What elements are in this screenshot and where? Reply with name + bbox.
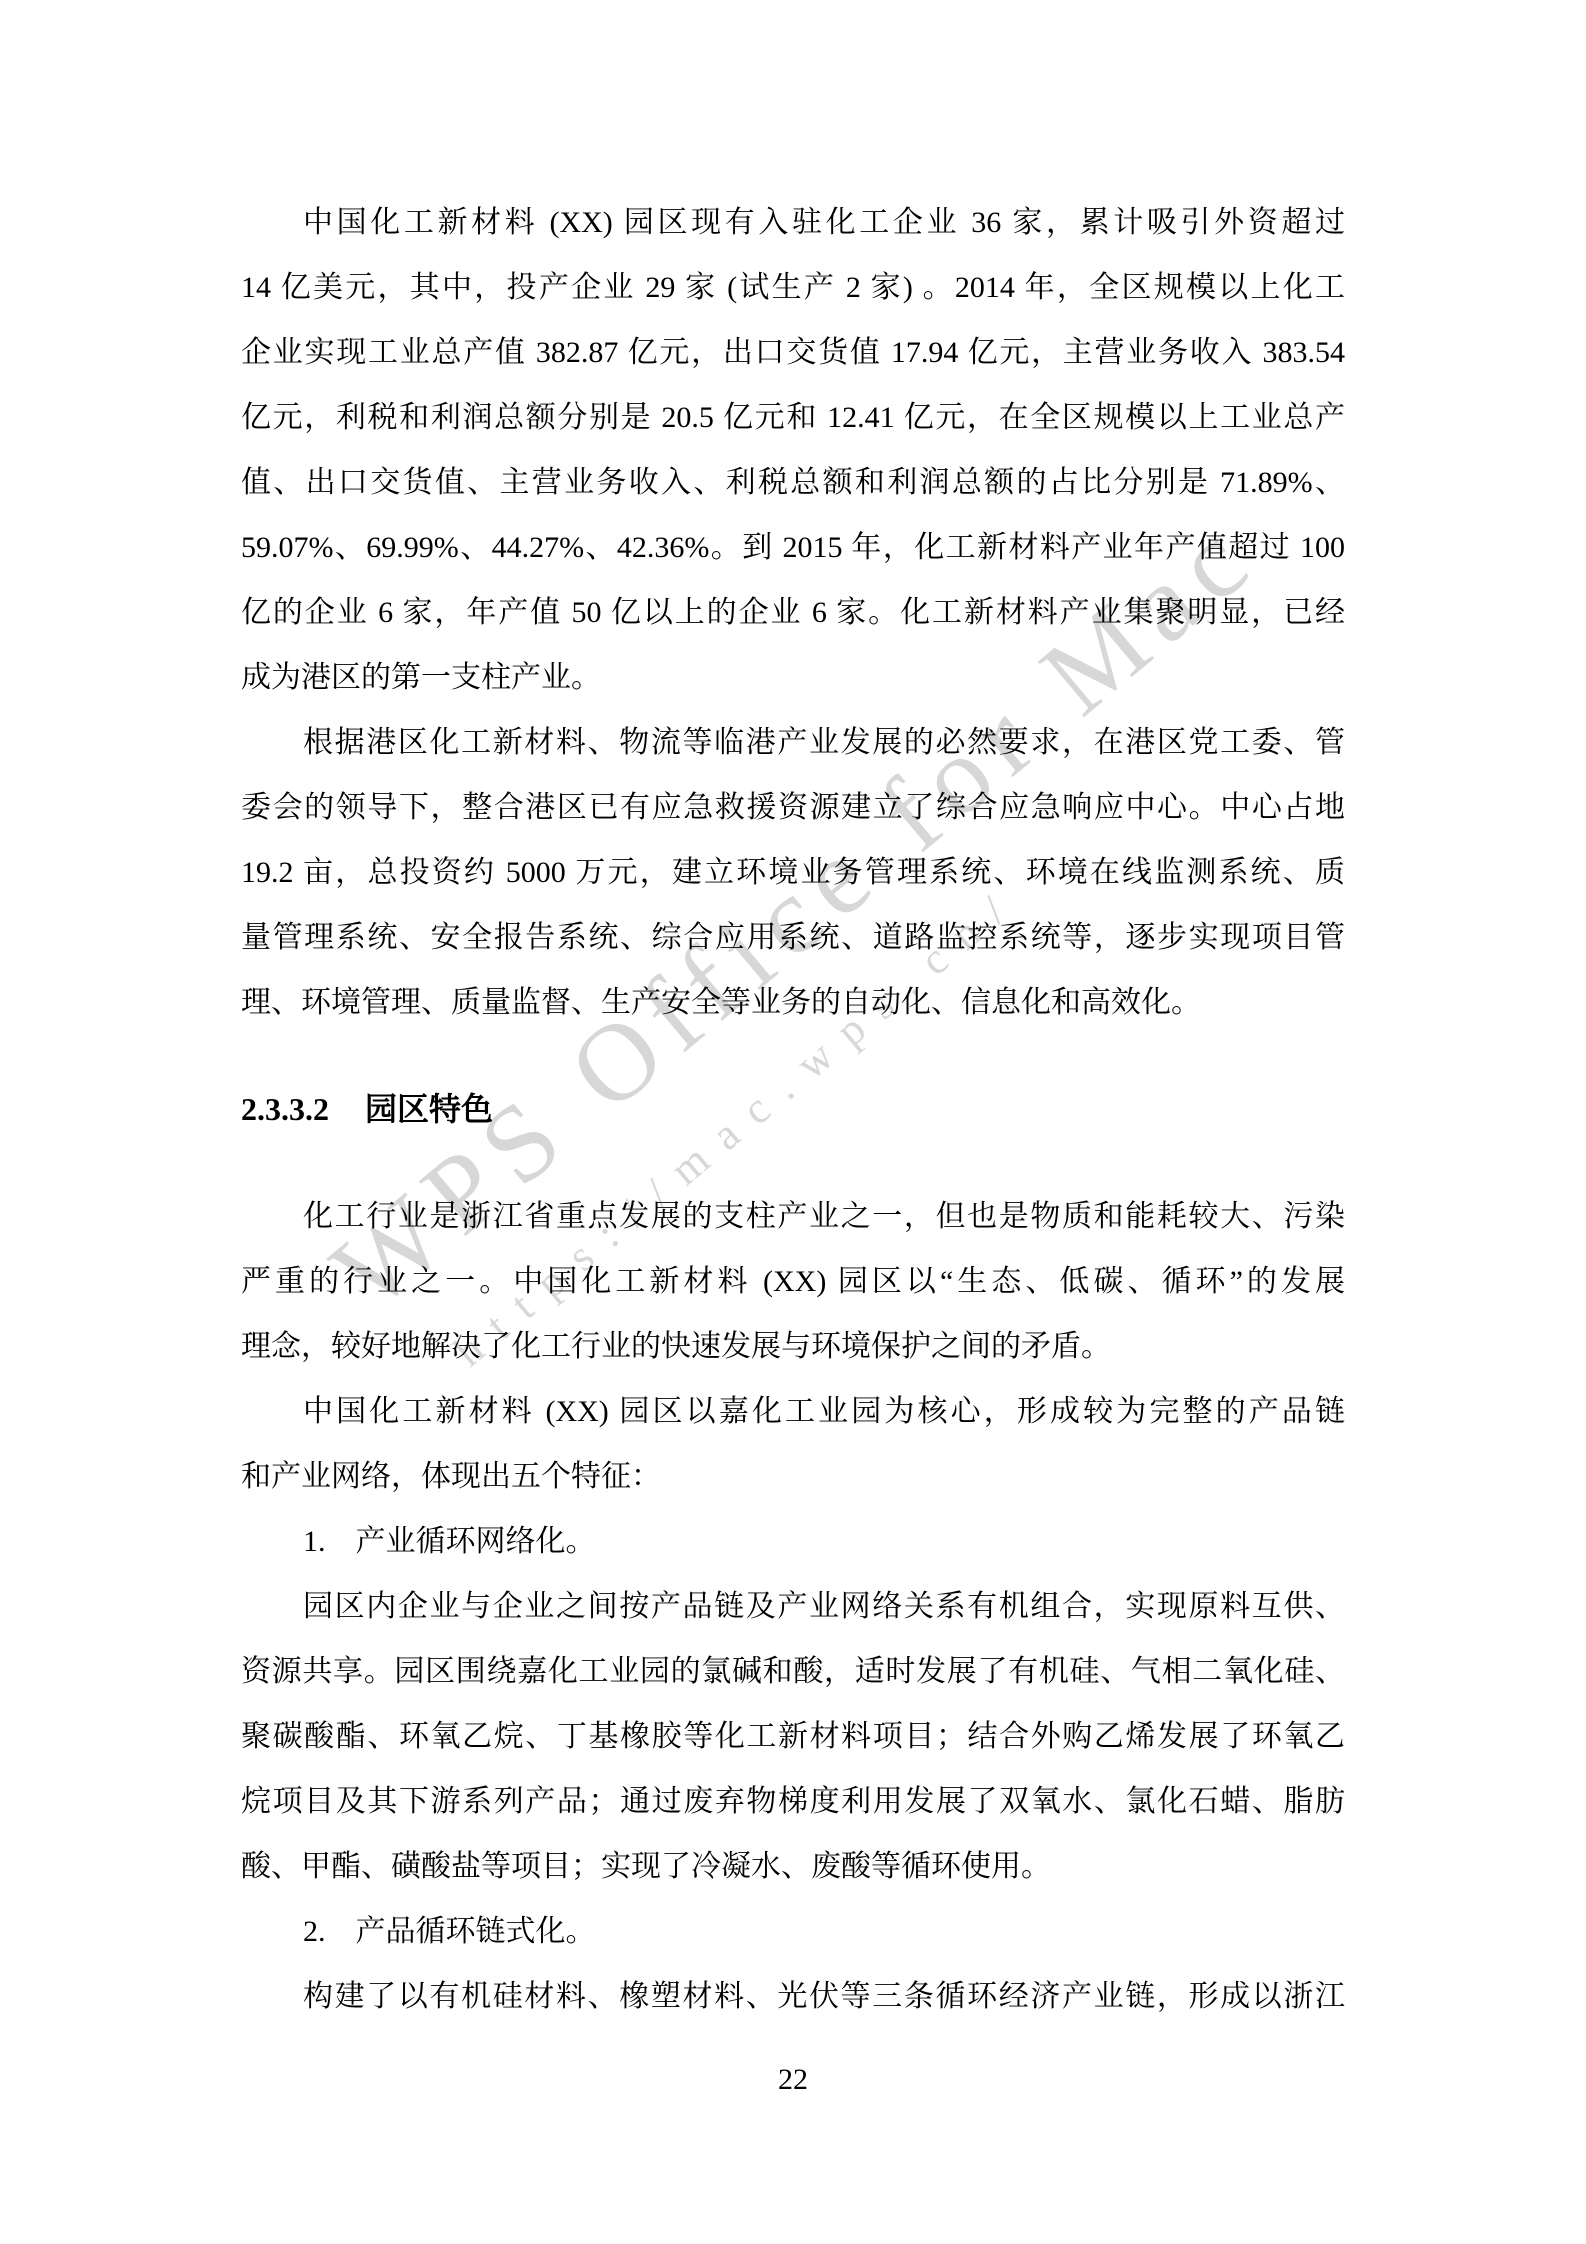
text-line: 资源共享。园区围绕嘉化工业园的氯碱和酸，适时发展了有机硅、气相二氧化硅、 xyxy=(241,1639,1345,1704)
text-line: 根据港区化工新材料、物流等临港产业发展的必然要求，在港区党工委、管 xyxy=(241,710,1345,775)
text-line: 59.07%、69.99%、44.27%、42.36%。到 2015 年，化工新… xyxy=(241,515,1345,580)
text-line: 值、出口交货值、主营业务收入、利税总额和利润总额的占比分别是 71.89%、 xyxy=(241,450,1345,515)
text-line: 理念，较好地解决了化工行业的快速发展与环境保护之间的矛盾。 xyxy=(241,1314,1345,1379)
text-line: 中国化工新材料 (XX) 园区以嘉化工业园为核心，形成较为完整的产品链 xyxy=(241,1379,1345,1444)
document-page: WPS Office for Mac https://mac.wps.cn/ 中… xyxy=(0,0,1586,2244)
section-heading: 2.3.3.2园区特色 xyxy=(241,1077,1345,1142)
text-line: 亿的企业 6 家，年产值 50 亿以上的企业 6 家。化工新材料产业集聚明显，已… xyxy=(241,580,1345,645)
document-body: 中国化工新材料 (XX) 园区现有入驻化工企业 36 家，累计吸引外资超过 14… xyxy=(241,190,1345,2029)
section-heading-title: 园区特色 xyxy=(365,1091,493,1127)
text-line: 成为港区的第一支柱产业。 xyxy=(241,645,1345,710)
text-line: 严重的行业之一。中国化工新材料 (XX) 园区以“生态、低碳、循环”的发展 xyxy=(241,1249,1345,1314)
text-line: 19.2 亩，总投资约 5000 万元，建立环境业务管理系统、环境在线监测系统、… xyxy=(241,840,1345,905)
text-line: 委会的领导下，整合港区已有应急救援资源建立了综合应急响应中心。中心占地 xyxy=(241,775,1345,840)
list-item: 1. 产业循环网络化。 xyxy=(241,1509,1345,1574)
text-line: 化工行业是浙江省重点发展的支柱产业之一，但也是物质和能耗较大、污染 xyxy=(241,1184,1345,1249)
text-line: 聚碳酸酯、环氧乙烷、丁基橡胶等化工新材料项目；结合外购乙烯发展了环氧乙 xyxy=(241,1704,1345,1769)
text-line: 企业实现工业总产值 382.87 亿元，出口交货值 17.94 亿元，主营业务收… xyxy=(241,320,1345,385)
page-number: 22 xyxy=(0,2058,1586,2102)
text-line: 园区内企业与企业之间按产品链及产业网络关系有机组合，实现原料互供、 xyxy=(241,1574,1345,1639)
text-line: 酸、甲酯、磺酸盐等项目；实现了冷凝水、废酸等循环使用。 xyxy=(241,1834,1345,1899)
text-line: 14 亿美元，其中，投产企业 29 家 (试生产 2 家) 。2014 年，全区… xyxy=(241,255,1345,320)
text-line: 亿元，利税和利润总额分别是 20.5 亿元和 12.41 亿元，在全区规模以上工… xyxy=(241,385,1345,450)
text-line: 量管理系统、安全报告系统、综合应用系统、道路监控系统等，逐步实现项目管 xyxy=(241,905,1345,970)
text-line: 理、环境管理、质量监督、生产安全等业务的自动化、信息化和高效化。 xyxy=(241,970,1345,1035)
text-line: 和产业网络，体现出五个特征： xyxy=(241,1444,1345,1509)
text-line: 中国化工新材料 (XX) 园区现有入驻化工企业 36 家，累计吸引外资超过 xyxy=(241,190,1345,255)
section-heading-number: 2.3.3.2 xyxy=(241,1091,329,1127)
list-item: 2. 产品循环链式化。 xyxy=(241,1899,1345,1964)
text-line: 构建了以有机硅材料、橡塑材料、光伏等三条循环经济产业链，形成以浙江 xyxy=(241,1964,1345,2029)
text-line: 烷项目及其下游系列产品；通过废弃物梯度利用发展了双氧水、氯化石蜡、脂肪 xyxy=(241,1769,1345,1834)
